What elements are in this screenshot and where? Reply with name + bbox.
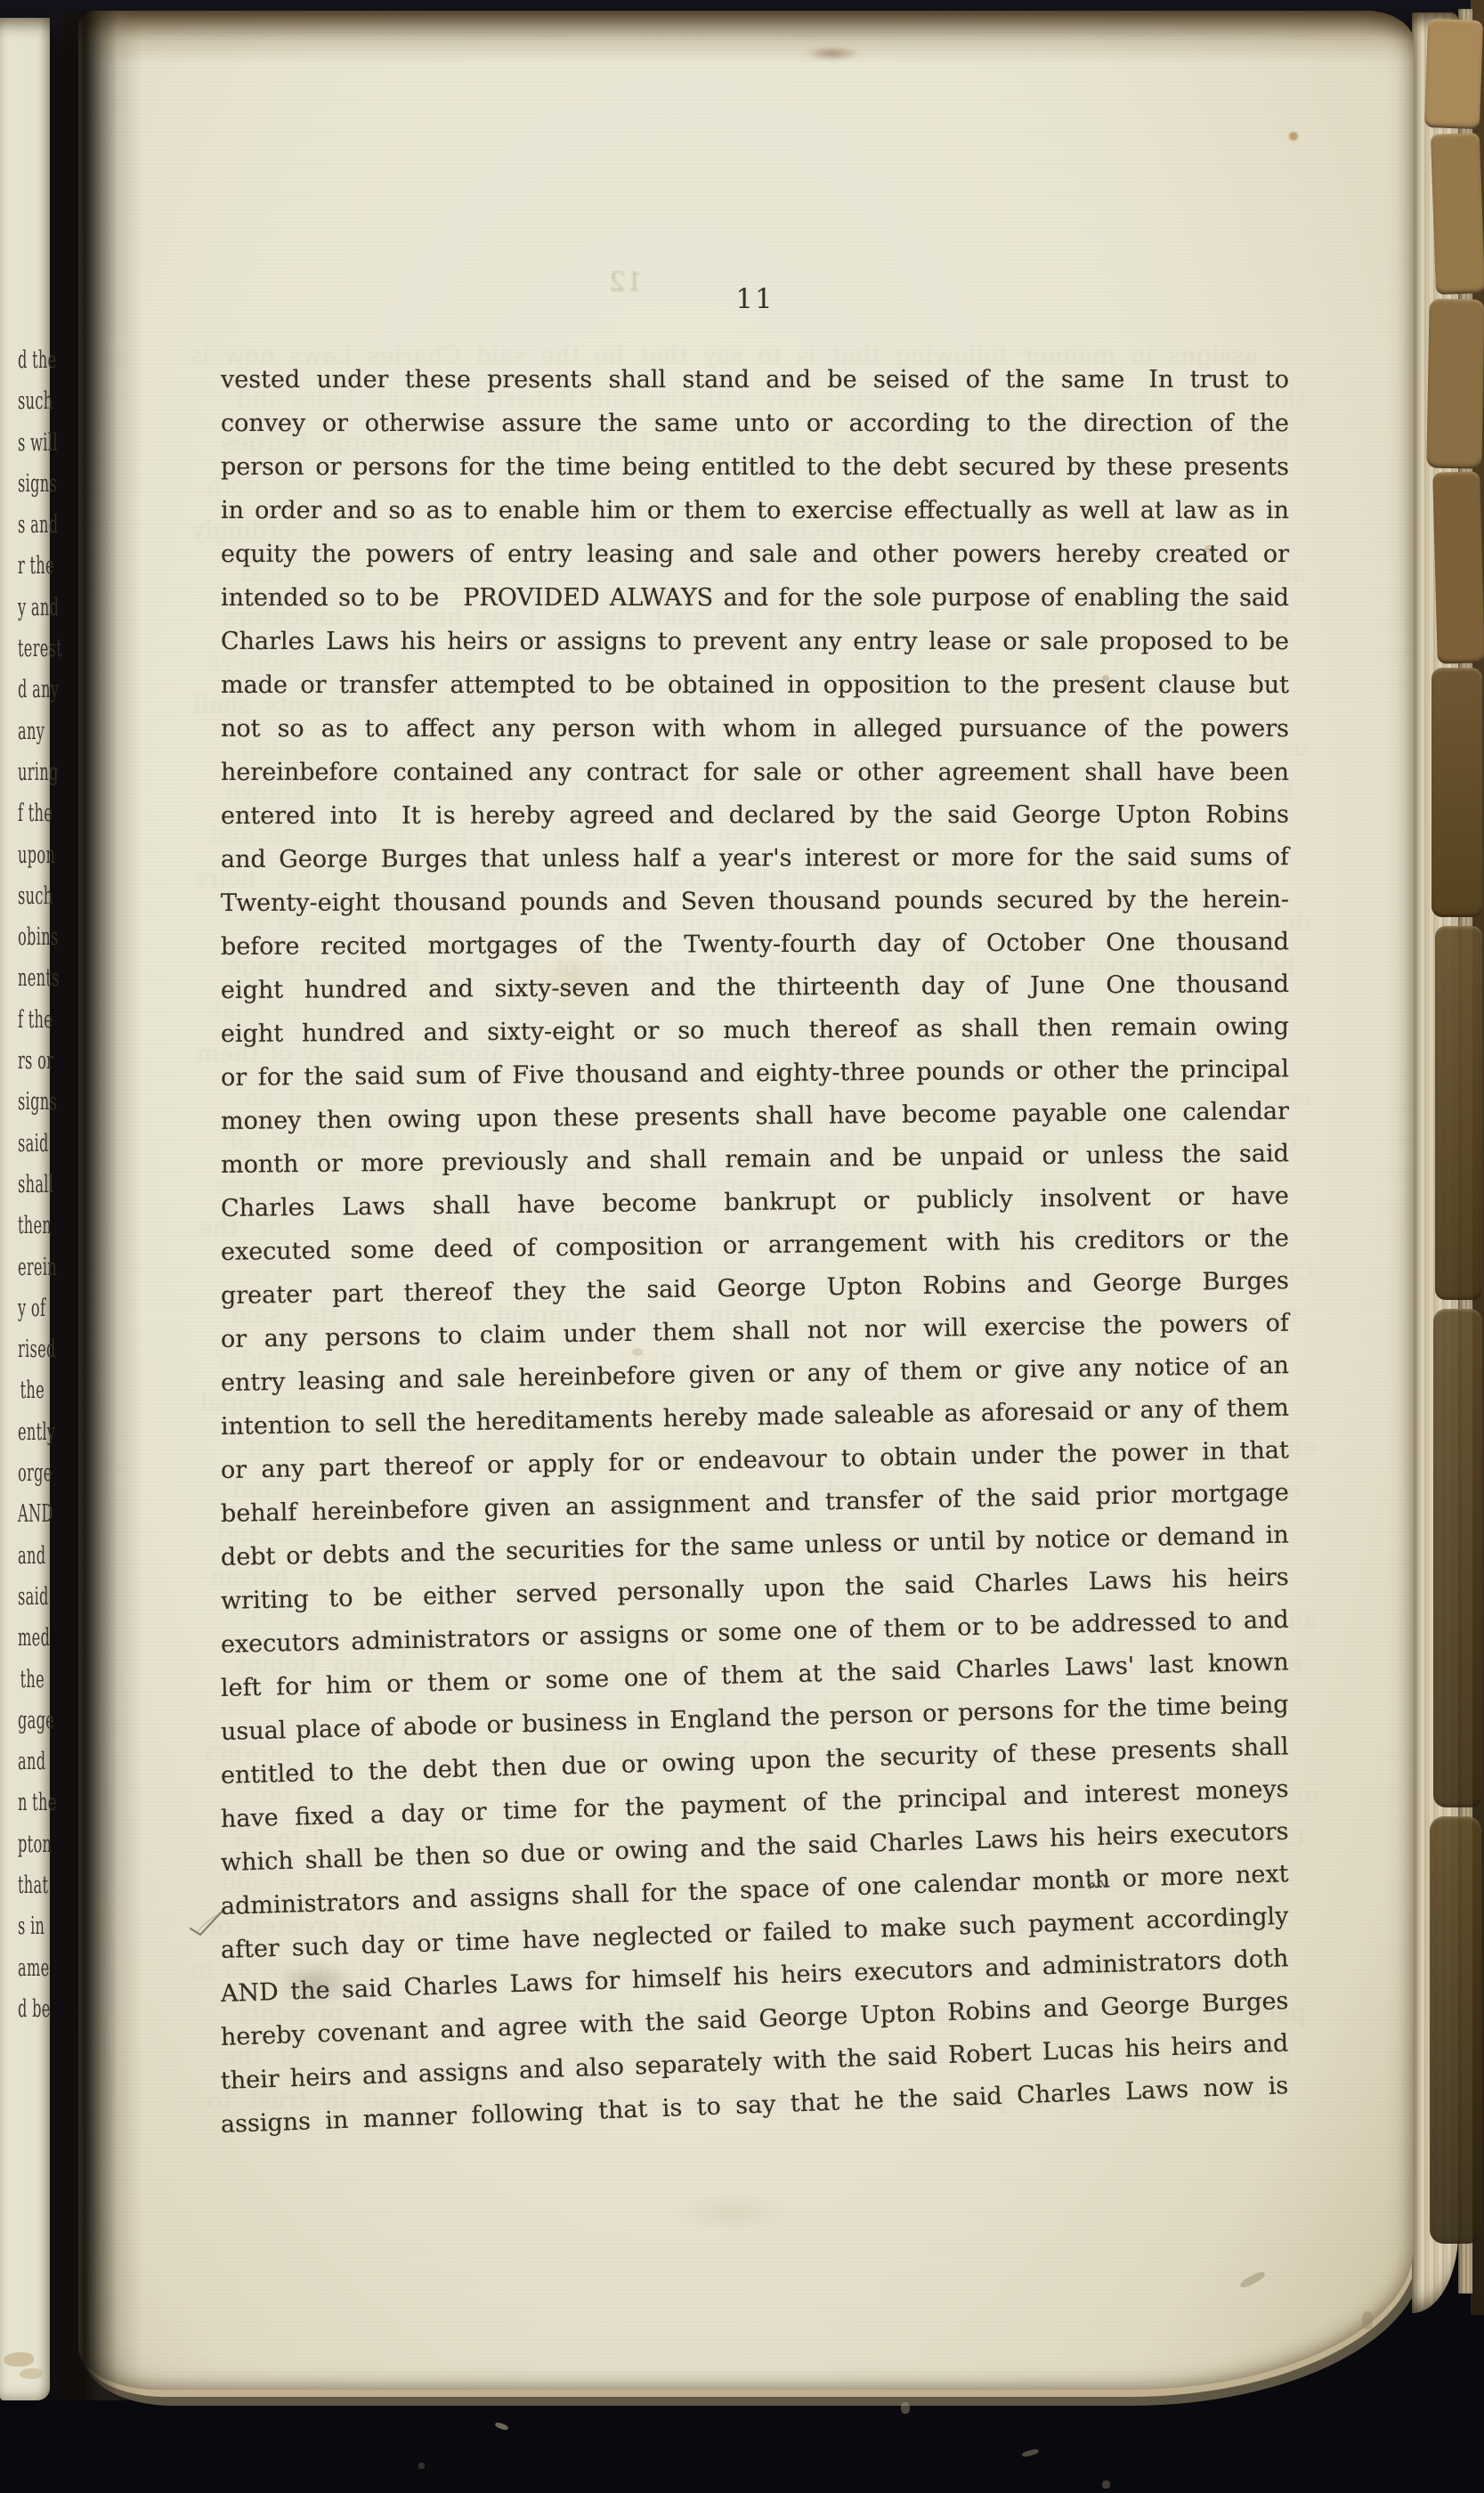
facing-page-text-fragment: rs or (18, 1041, 45, 1082)
facing-page-text-fragment: and (18, 1742, 45, 1782)
text-line: Charles Laws his heirs or assigns to pre… (221, 620, 1289, 663)
facing-page-text-fragment: rised (18, 1329, 45, 1370)
facing-page-text-fragment: f the (18, 1000, 45, 1041)
torn-paper-chip (20, 2368, 43, 2379)
facing-page-text-fragment: r the (18, 546, 45, 587)
facing-page-text-fragment: d the (18, 340, 45, 381)
text-line: in order and so as to enable him or them… (221, 489, 1289, 532)
leather-chip (1424, 19, 1483, 129)
facing-page-text-fragment: ame (18, 1948, 45, 1989)
page-number: 11 (221, 283, 1289, 315)
facing-page-text-fragment: uring (18, 752, 45, 793)
facing-page-text-fragment: orge (18, 1453, 45, 1494)
facing-page-text-fragment: and (18, 1536, 45, 1577)
burnt-top-edge (78, 11, 1414, 64)
facing-page-text-fragment: then (18, 1206, 45, 1246)
text-line: and George Burges that unless half a yea… (221, 835, 1289, 881)
facing-page-text-fragment: n the (18, 1782, 45, 1823)
facing-page-text-fragment: that (18, 1865, 45, 1906)
text-line: before recited mortgages of the Twenty-f… (221, 920, 1289, 969)
facing-page-text-fragment: any (18, 711, 45, 752)
leather-chip (1431, 668, 1482, 917)
text-line: entered into It is hereby agreed and dec… (221, 793, 1289, 838)
book-page: 12 11 assigns in manner following that i… (78, 11, 1414, 2390)
leather-chip (1431, 133, 1484, 295)
facing-page-text-fragment: f the (18, 793, 45, 834)
facing-page-text-fragment: s in (18, 1906, 45, 1947)
text-line: intended so to be PROVIDED ALWAYS and fo… (221, 576, 1289, 620)
facing-page-text-fragment: obins (18, 917, 45, 958)
text-line: person or persons for the time being ent… (221, 445, 1289, 489)
leather-chip (1435, 926, 1482, 1300)
facing-page-text-fragment: y and (18, 588, 45, 629)
debris-speck (418, 2463, 425, 2469)
facing-page-text-fragment: such (18, 876, 45, 917)
book-photograph: d thesuchs willsignss andr they andteres… (0, 0, 1484, 2493)
text-line: hereinbefore contained any contract for … (221, 751, 1289, 794)
facing-page-text-fragment: said (18, 1577, 45, 1618)
leather-chip (1426, 298, 1484, 468)
facing-page-text-fragment: shall (18, 1165, 45, 1206)
text-line: vested under these presents shall stand … (221, 358, 1289, 402)
facing-page-text-fragment: terest (18, 629, 45, 670)
leather-chip (1433, 1309, 1482, 1807)
facing-page-text-fragment: med (18, 1618, 45, 1659)
facing-page-edge: d thesuchs willsignss andr they andteres… (0, 18, 50, 2400)
pale-stain (675, 2194, 791, 2231)
leather-chip (1432, 471, 1484, 663)
facing-page-text-fragment: ently (18, 1412, 45, 1453)
facing-page-text-fragment: AND (18, 1494, 45, 1535)
burnt-spot (804, 46, 861, 61)
facing-page-text-fragment: said (18, 1124, 45, 1165)
facing-page-text-fragment: the (18, 1660, 45, 1701)
text-line: eight hundred and sixty-seven and the th… (221, 962, 1289, 1012)
facing-page-text-fragment: nents (18, 958, 45, 999)
facing-page-text-fragment: erein (18, 1247, 45, 1288)
facing-page-text-fragment: y of (18, 1288, 45, 1329)
debris-speck (901, 2402, 910, 2414)
facing-page-text-fragment: signs (18, 1082, 45, 1123)
text-line: convey or otherwise assure the same unto… (221, 402, 1289, 445)
debris-speck (1362, 2311, 1373, 2329)
facing-page-text-fragment: d be (18, 1989, 45, 2030)
facing-page-text-fragment: signs (18, 464, 45, 505)
facing-page-text-fragment: gage (18, 1701, 45, 1742)
facing-page-text-fragment: pton (18, 1824, 45, 1865)
leather-chip (1430, 1816, 1481, 2244)
text-line: Twenty-eight thousand pounds and Seven t… (221, 878, 1289, 925)
text-line: equity the powers of entry leasing and s… (221, 532, 1289, 576)
debris-speck (1022, 2448, 1040, 2458)
facing-page-text-fragment: s will (18, 423, 45, 464)
facing-page-text-fragment: such (18, 381, 45, 422)
facing-page-text-fragment: the (18, 1370, 45, 1411)
foxing-spot (1289, 132, 1298, 141)
debris-speck (1102, 2481, 1110, 2489)
facing-page-text-fragment: upon (18, 835, 45, 876)
torn-paper-chip (4, 2352, 34, 2367)
text-line: made or transfer attempted to be obtaine… (221, 663, 1289, 707)
handwritten-insertion-mark (1087, 1862, 1109, 1879)
debris-speck (494, 2422, 508, 2432)
text-line: not so as to affect any person with whom… (221, 707, 1289, 751)
facing-page-text-fragment: s and (18, 505, 45, 546)
facing-page-text-fragment: d any (18, 670, 45, 711)
facing-page-fragment-column: d thesuchs willsignss andr they andteres… (0, 340, 45, 2030)
